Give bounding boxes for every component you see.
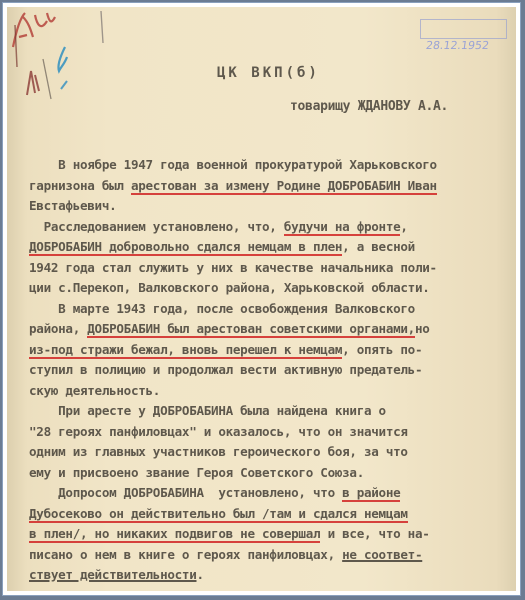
document-line: в плен/, но никаких подвигов не совершал… (29, 526, 430, 541)
underlined-text: ствует действительности (29, 567, 197, 582)
document-line: Евстафьевич. (29, 198, 116, 213)
red-underlined-text: арестован за измену Родине ДОБРОБАБИН Ив… (131, 178, 437, 195)
registration-stamp (420, 19, 507, 39)
line-text: , опять по- (342, 342, 422, 357)
document-line: одним из главных участников героического… (29, 444, 408, 459)
line-text: В ноябре 1947 года военной прокуратурой … (29, 157, 437, 172)
line-text: гарнизона был (29, 178, 131, 193)
document-line: ДОБРОБАБИНА (29, 588, 379, 592)
line-text: Евстафьевич. (29, 198, 116, 213)
document-line: из-под стражи бежал, вновь перешел к нем… (29, 342, 422, 357)
line-text: "28 героях панфиловцах" и оказалось, что… (29, 424, 408, 439)
line-text: 1942 года стал служить у них в качестве … (29, 260, 437, 275)
red-underlined-text: Дубосеково он действительно был /там и с… (29, 506, 408, 523)
underlined-text: не соответ- (342, 547, 422, 562)
document-line: В марте 1943 года, после освобождения Ва… (29, 301, 415, 316)
line-text: писано о нем в книге о героях панфиловца… (29, 547, 342, 562)
document-line: При аресте у ДОБРОБАБИНА была найдена кн… (29, 403, 386, 418)
line-text: ступил в полицию и продолжал вести актив… (29, 362, 422, 377)
document-line: ДОБРОБАБИН добровольно сдался немцам в п… (29, 239, 415, 254)
line-text: ции с.Перекоп, Валковского района, Харьк… (29, 280, 430, 295)
document-line: В ноябре 1947 года военной прокуратурой … (29, 157, 437, 172)
line-text: ему и присвоено звание Героя Советского … (29, 465, 364, 480)
line-text: , (400, 219, 407, 234)
line-text: . (197, 567, 204, 582)
red-underlined-text: ДОБРОБАБИН был арестован советскими орга… (87, 321, 415, 338)
document-line: 1942 года стал служить у них в качестве … (29, 260, 437, 275)
document-line: Допросом ДОБРОБАБИНА установлено, что в … (29, 485, 400, 500)
handwritten-marks-icon (7, 7, 147, 117)
document-line: Дубосеково он действительно был /там и с… (29, 506, 408, 521)
line-text: но (415, 321, 430, 336)
line-text: ДОБРОБАБИНА (29, 588, 379, 592)
document-heading: ЦК ВКП(б) (217, 65, 320, 81)
red-underlined-text: из-под стражи бежал, вновь перешел к нем… (29, 342, 342, 359)
red-underlined-text: ДОБРОБАБИН добровольно сдался немцам в п… (29, 239, 342, 256)
red-underlined-text: в районе (342, 485, 400, 502)
document-line: ствует действительности. (29, 567, 204, 582)
document-line: ции с.Перекоп, Валковского района, Харьк… (29, 280, 430, 295)
image-frame: 28.12.1952 ЦК ВКП(б) товарищу ЖДАНОВУ А.… (2, 2, 521, 596)
document-line: гарнизона был арестован за измену Родине… (29, 178, 437, 193)
line-text: района, (29, 321, 87, 336)
stamp-date: 28.12.1952 (425, 39, 490, 52)
document-line: Расследованием установлено, что, будучи … (29, 219, 408, 234)
document-line: ступил в полицию и продолжал вести актив… (29, 362, 422, 377)
document-line: скую деятельность. (29, 383, 160, 398)
document-line: ему и присвоено звание Героя Советского … (29, 465, 364, 480)
line-text: В марте 1943 года, после освобождения Ва… (29, 301, 415, 316)
line-text: одним из главных участников героического… (29, 444, 408, 459)
line-text: скую деятельность. (29, 383, 160, 398)
red-underlined-text: в плен/, но никаких подвигов не совершал (29, 526, 320, 543)
line-text: и все, что на- (320, 526, 429, 541)
red-underlined-text: будучи на фронте (284, 219, 401, 236)
line-text: , а весной (342, 239, 415, 254)
line-text: Расследованием установлено, что, (29, 219, 284, 234)
document-line: района, ДОБРОБАБИН был арестован советск… (29, 321, 430, 336)
document-line: писано о нем в книге о героях панфиловца… (29, 547, 422, 562)
document-addressee: товарищу ЖДАНОВУ А.А. (290, 99, 448, 114)
line-text: Допросом ДОБРОБАБИНА установлено, что (29, 485, 342, 500)
document-page: 28.12.1952 ЦК ВКП(б) товарищу ЖДАНОВУ А.… (7, 7, 516, 591)
line-text: При аресте у ДОБРОБАБИНА была найдена кн… (29, 403, 386, 418)
document-line: "28 героях панфиловцах" и оказалось, что… (29, 424, 408, 439)
